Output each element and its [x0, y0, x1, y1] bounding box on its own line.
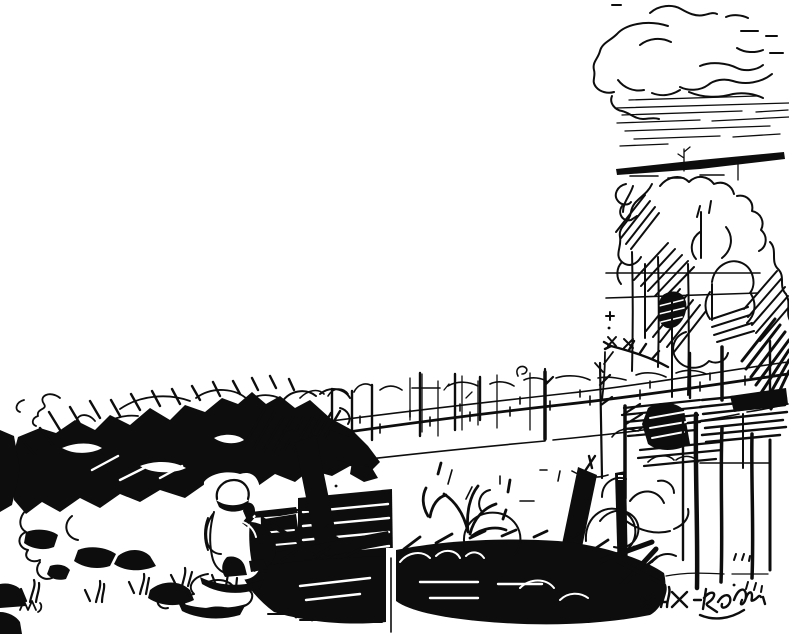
distant-ridge-drawing	[616, 147, 785, 220]
artwork-canvas	[0, 0, 789, 634]
sky-clouds-drawing	[594, 5, 783, 119]
x-barb-marks	[606, 312, 633, 348]
tree-canopy-drawing	[595, 177, 789, 409]
ink-sketch	[0, 0, 789, 634]
sky-hatching-drawing	[616, 96, 789, 146]
wreckage-drawing	[240, 429, 688, 634]
